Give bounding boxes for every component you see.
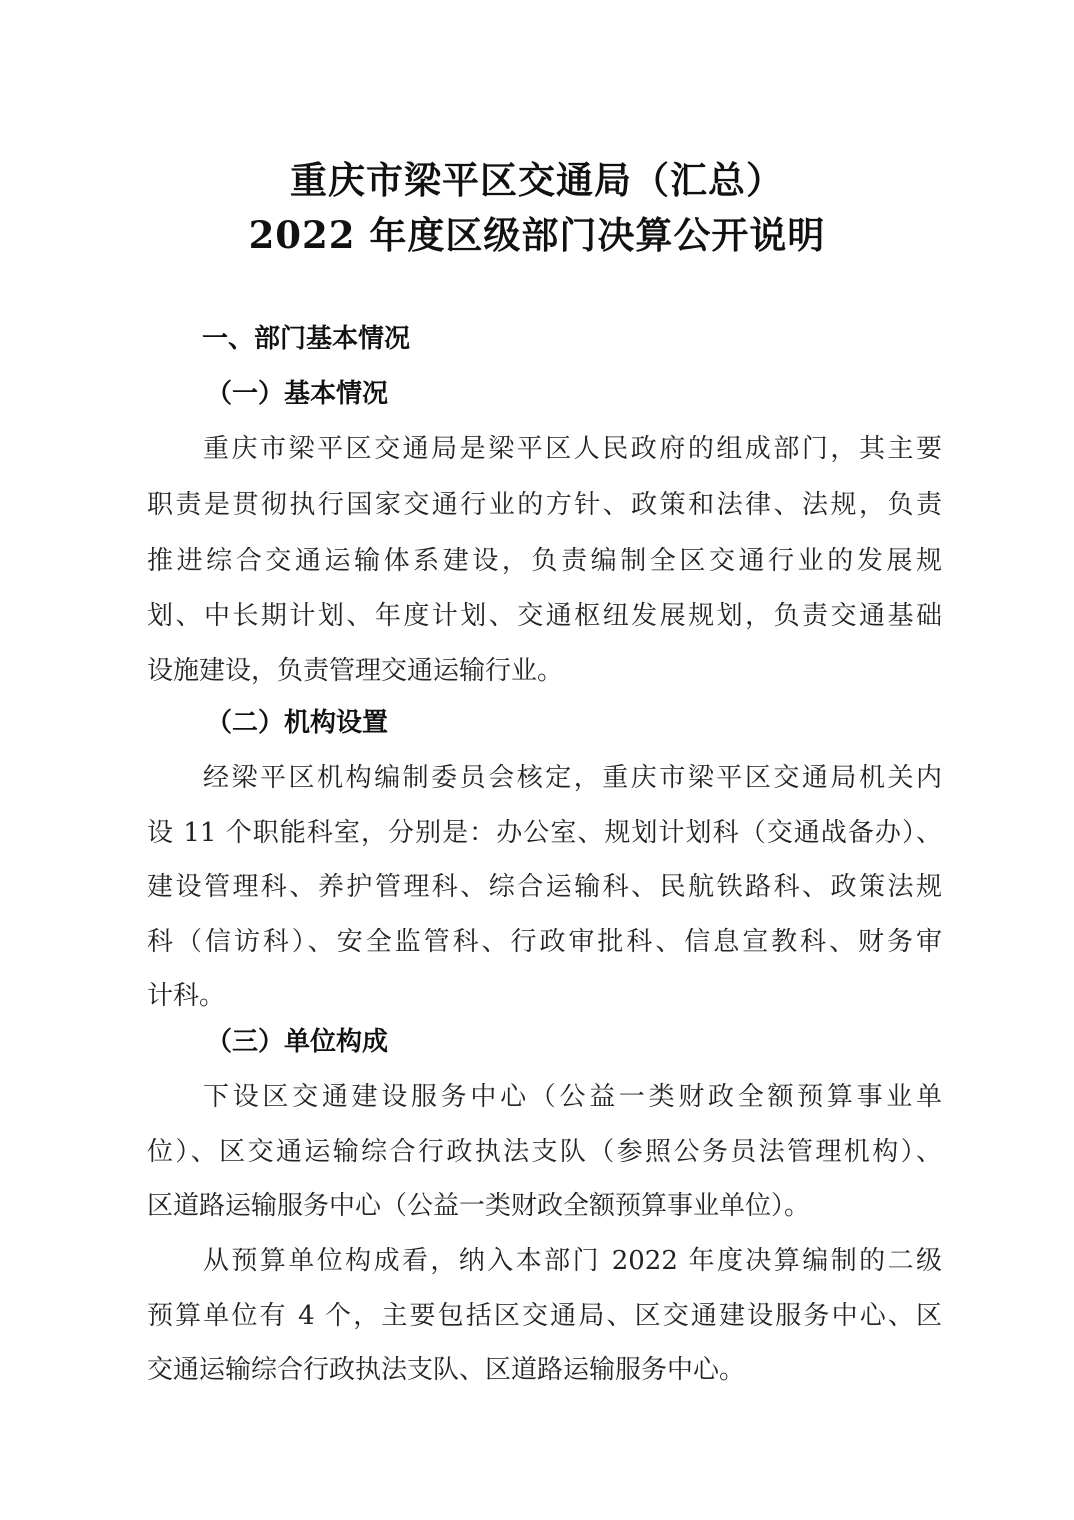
paragraph-line: 下设区交通建设服务中心（公益一类财政全额预算事业单 xyxy=(203,1076,942,1113)
paragraph-line: 划、中长期计划、年度计划、交通枢纽发展规划，负责交通基础 xyxy=(147,595,942,632)
paragraph-line: 交通运输综合行政执法支队、区道路运输服务中心。 xyxy=(147,1349,942,1386)
document-title-line1: 重庆市梁平区交通局（汇总） xyxy=(0,150,1074,204)
paragraph-line: 重庆市梁平区交通局是梁平区人民政府的组成部门，其主要 xyxy=(203,428,942,465)
paragraph-line: 设施建设，负责管理交通运输行业。 xyxy=(147,650,942,687)
section-heading: 一、部门基本情况 xyxy=(202,318,410,355)
paragraph-line: 预算单位有 4 个，主要包括区交通局、区交通建设服务中心、区 xyxy=(147,1295,942,1332)
paragraph-line: 职责是贯彻执行国家交通行业的方针、政策和法律、法规，负责 xyxy=(147,484,942,521)
subsection-heading-basic: （一）基本情况 xyxy=(206,373,388,410)
paragraph-line: 经梁平区机构编制委员会核定，重庆市梁平区交通局机关内 xyxy=(203,757,942,794)
paragraph-line: 区道路运输服务中心（公益一类财政全额预算事业单位）。 xyxy=(147,1185,942,1222)
paragraph-line: 建设管理科、养护管理科、综合运输科、民航铁路科、政策法规 xyxy=(147,866,942,903)
subsection-heading-units: （三）单位构成 xyxy=(206,1021,388,1058)
paragraph-line: 科（信访科）、安全监管科、行政审批科、信息宣教科、财务审 xyxy=(147,921,942,958)
paragraph-line: 设 11 个职能科室，分别是：办公室、规划计划科（交通战备办）、 xyxy=(147,812,942,849)
subsection-heading-organization: （二）机构设置 xyxy=(206,702,388,739)
paragraph-line: 位）、区交通运输综合行政执法支队（参照公务员法管理机构）、 xyxy=(147,1131,942,1168)
paragraph-line: 计科。 xyxy=(147,975,942,1012)
paragraph-line: 推进综合交通运输体系建设，负责编制全区交通行业的发展规 xyxy=(147,540,942,577)
document-title-line2: 2022 年度区级部门决算公开说明 xyxy=(0,205,1074,259)
paragraph-line: 从预算单位构成看，纳入本部门 2022 年度决算编制的二级 xyxy=(203,1240,942,1277)
